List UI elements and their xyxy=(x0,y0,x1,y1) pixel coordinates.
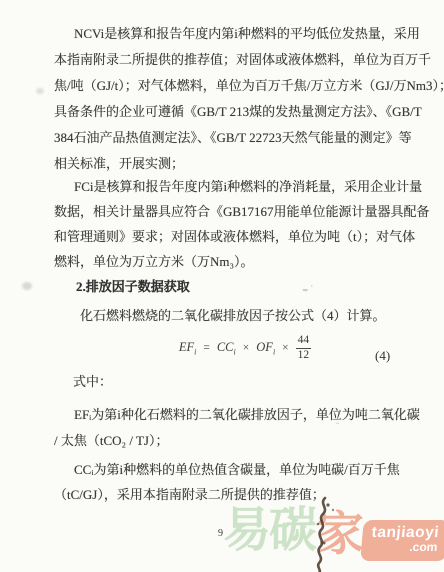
section-heading: 2.排放因子数据获取 xyxy=(54,276,190,295)
text-line: / 太焦（tCO₂ / TJ）； xyxy=(54,428,428,454)
text-line: 数据，相关计量器具应符合《GB17167用能单位能源计量器具配备 xyxy=(54,199,428,224)
text-line: 焦/吨（GJ/t）；对气体燃料，单位为百万千焦/万立方米（GJ/万Nm3）； xyxy=(54,73,428,99)
watermark-site-badge: tanjiaoyi .com xyxy=(360,520,444,561)
fraction-denominator: 12 xyxy=(296,348,312,363)
para-ncv-definition: NCVi是核算和报告年度内第i种燃料的平均低位发热量，采用 本指南附录二所提供的… xyxy=(54,21,428,177)
scan-mark-artifact: ᵕ xyxy=(336,420,340,430)
text-line: NCVi是核算和报告年度内第i种燃料的平均低位发热量，采用 xyxy=(54,21,428,47)
scribble-icon xyxy=(309,496,337,572)
formula-lhs: EFi xyxy=(179,340,197,357)
text-line: 具备条件的企业可遵循《GB/T 213煤的发热量测定方法》、《GB/T xyxy=(54,99,428,125)
scan-mark-artifact: ‗ · xyxy=(303,282,315,288)
text-line: 燃料，单位为万立方米（万Nm₃）。 xyxy=(54,249,428,274)
formula-term-cc: CCi xyxy=(217,340,236,357)
text-line: 和管理通则》要求；对固体或液体燃料，单位为吨（t）；对气体 xyxy=(54,224,428,249)
text-line: CCᵢ为第i种燃料的单位热值含碳量，单位为吨碳/百万千焦 xyxy=(54,457,428,482)
fraction-numerator: 44 xyxy=(296,334,312,348)
multiply-sign: × xyxy=(243,342,250,354)
where-label: 式中： xyxy=(54,371,112,390)
scan-smudge-artifact xyxy=(36,88,44,94)
para-cc-definition: CCᵢ为第i种燃料的单位热值含碳量，单位为吨碳/百万千焦 （tC/GJ），采用本… xyxy=(54,457,428,507)
watermark-site-tld: .com xyxy=(370,541,440,554)
text-line: 本指南附录二所提供的推荐值；对固体或液体燃料，单位为百万千 xyxy=(54,47,428,73)
equals-sign: = xyxy=(203,342,210,354)
formula-intro-line: 化石燃料燃烧的二氧化碳排放因子按公式（4）计算。 xyxy=(54,305,386,324)
text-line: FCi是核算和报告年度内第i种燃料的净消耗量，采用企业计量 xyxy=(54,174,428,199)
watermark-logo-green-text: 易碳 xyxy=(223,507,315,555)
para-fc-definition: FCi是核算和报告年度内第i种燃料的净消耗量，采用企业计量 数据，相关计量器具应… xyxy=(54,174,428,274)
equation-number: (4) xyxy=(375,348,390,364)
text-line: 384石油产品热值测定法》、《GB/T 22723天然气能量的测定》等 xyxy=(54,125,428,151)
scan-scribble-artifact xyxy=(309,496,337,572)
scanned-document-page: { "page": { "number": "9" }, "content": … xyxy=(0,0,444,572)
text-line: EFᵢ为第i种化石燃料的二氧化碳排放因子，单位为吨二氧化碳 xyxy=(54,402,428,428)
watermark-site-name: tanjiaoyi xyxy=(371,524,441,541)
para-ef-definition: EFᵢ为第i种化石燃料的二氧化碳排放因子，单位为吨二氧化碳 / 太焦（tCO₂ … xyxy=(54,402,428,454)
scan-smudge-artifact xyxy=(22,282,32,290)
multiply-sign: × xyxy=(282,342,289,354)
formula-fraction: 44 12 xyxy=(296,334,312,363)
emission-factor-formula: EFi = CCi × OFi × 44 12 xyxy=(54,334,422,363)
formula-term-of: OFi xyxy=(256,340,275,357)
